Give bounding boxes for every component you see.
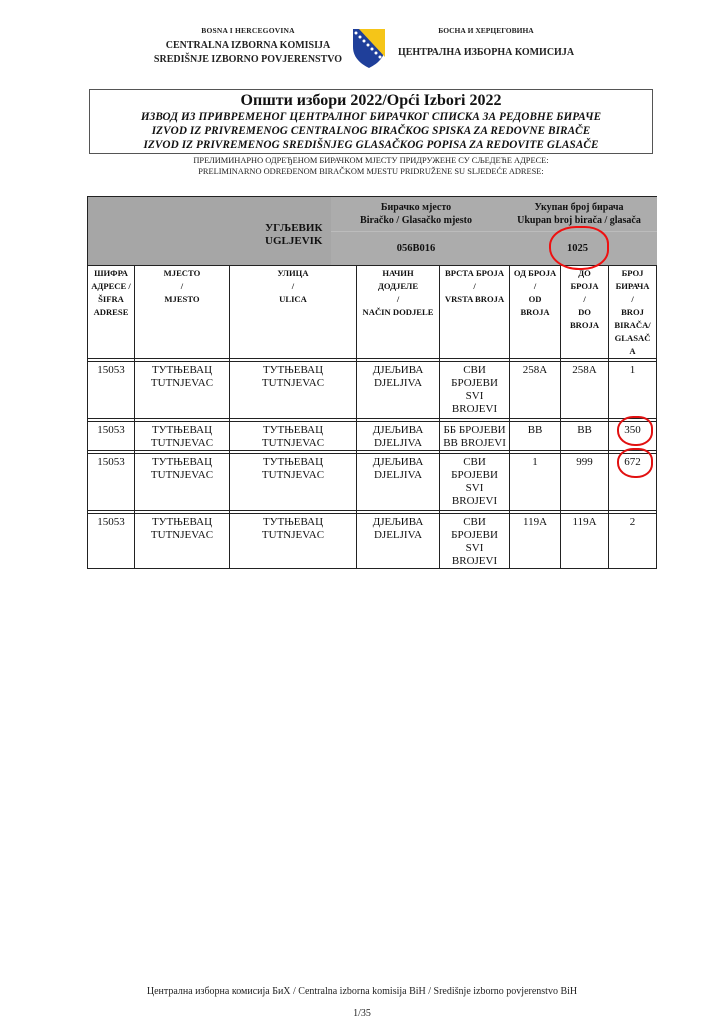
cell-address-code-text: 15053 bbox=[88, 364, 134, 377]
cell-assignment-mode-text: DJELJIVA bbox=[357, 437, 439, 450]
address-rows: 15053ТУТЊЕВАЦTUTNJEVACТУТЊЕВАЦTUTNJEVACД… bbox=[88, 359, 657, 569]
cell-voter-count-text: 2 bbox=[609, 516, 656, 529]
column-header-row: ШИФРААДРЕСЕ /ŠIFRAADRESE МЈЕСТО/MJESTO У… bbox=[88, 266, 657, 359]
cell-assignment-mode-text: ДЈЕЉИВА bbox=[357, 456, 439, 469]
footer-text: Централна изборна комисија БиХ / Central… bbox=[0, 986, 724, 997]
cell-number-type: СВИБРОЈЕВИSVIBROJEVI bbox=[440, 514, 510, 569]
cell-street-text: ТУТЊЕВАЦ bbox=[230, 516, 356, 529]
cell-address-code-text: 15053 bbox=[88, 456, 134, 469]
cell-place: ТУТЊЕВАЦTUTNJEVAC bbox=[135, 362, 230, 419]
cell-number-type: ББ БРОЈЕВИBB BROJEVI bbox=[440, 422, 510, 451]
cell-from-number: BB bbox=[510, 422, 561, 451]
polling-station-block: Бирачко мјесто Biračko / Glasačko mjesto… bbox=[331, 197, 501, 265]
document-title: Општи избори 2022/Opći Izbori 2022 bbox=[90, 91, 652, 110]
header-latin: BOSNA I HERCEGOVINA CENTRALNA IZBORNA KO… bbox=[150, 26, 346, 67]
cell-street-text: ТУТЊЕВАЦ bbox=[230, 364, 356, 377]
cell-street: ТУТЊЕВАЦTUTNJEVAC bbox=[230, 454, 357, 511]
header-cyrillic: БОСНА И ХЕРЦЕГОВИНА ЦЕНТРАЛНА ИЗБОРНА КО… bbox=[386, 26, 586, 58]
subtitle-croatian: IZVOD IZ PRIVREMENOG SREDIŠNJEG GLASAČKO… bbox=[90, 138, 652, 152]
cell-from-number-text: 119A bbox=[510, 516, 560, 529]
cell-number-type-text: BROJEVI bbox=[440, 495, 509, 508]
preliminary-note-latin: PRELIMINARNO ODREĐENOM BIRAČKOM MJESTU P… bbox=[89, 166, 653, 177]
municipality-cell: УГЉЕВИК UGLJEVIK Бирачко мјесто Biračko … bbox=[88, 197, 440, 266]
cell-place-text: TUTNJEVAC bbox=[135, 529, 229, 542]
commission-name-croatian: SREDIŠNJE IZBORNO POVJERENSTVO bbox=[150, 53, 346, 67]
polling-station-code: 056B016 bbox=[331, 231, 501, 266]
cell-street-text: TUTNJEVAC bbox=[230, 529, 356, 542]
cell-street-text: TUTNJEVAC bbox=[230, 377, 356, 390]
cell-to-number: 258A bbox=[561, 362, 609, 419]
cell-number-type-text: СВИ bbox=[440, 516, 509, 529]
subtitle-bosnian: IZVOD IZ PRIVREMENOG CENTRALNOG BIRAČKOG… bbox=[90, 124, 652, 138]
document-header: BOSNA I HERCEGOVINA CENTRALNA IZBORNA KO… bbox=[0, 0, 724, 80]
cell-place-text: ТУТЊЕВАЦ bbox=[135, 516, 229, 529]
cell-to-number-text: BB bbox=[561, 424, 608, 437]
total-voters-label-cyrillic: Укупан број бирача bbox=[501, 201, 657, 214]
cell-from-number-text: 1 bbox=[510, 456, 560, 469]
cell-from-number: 1 bbox=[510, 454, 561, 511]
table-row: 15053ТУТЊЕВАЦTUTNJEVACТУТЊЕВАЦTUTNJEVACД… bbox=[88, 514, 657, 569]
cell-voter-count: 2 bbox=[609, 514, 657, 569]
cell-place-text: ТУТЊЕВАЦ bbox=[135, 364, 229, 377]
cell-assignment-mode-text: DJELJIVA bbox=[357, 469, 439, 482]
polling-station-label-cyrillic: Бирачко мјесто bbox=[331, 201, 501, 214]
col-to-number: ДОБРОЈА/DOBROJA bbox=[561, 266, 609, 359]
cell-place-text: TUTNJEVAC bbox=[135, 469, 229, 482]
cell-to-number: BB bbox=[561, 422, 609, 451]
cell-assignment-mode: ДЈЕЉИВАDJELJIVA bbox=[357, 454, 440, 511]
preliminary-note-cyrillic: ПРЕЛИМИНАРНО ОДРЕЂЕНОМ БИРАЧКОМ МЈЕСТУ П… bbox=[89, 155, 653, 166]
table-row: 15053ТУТЊЕВАЦTUTNJEVACТУТЊЕВАЦTUTNJEVACД… bbox=[88, 454, 657, 511]
cell-voter-count-text: 1 bbox=[609, 364, 656, 377]
cell-voter-count: 672 bbox=[609, 454, 657, 511]
polling-station-label-latin: Biračko / Glasačko mjesto bbox=[331, 214, 501, 227]
total-voters-value: 1025 bbox=[567, 242, 588, 255]
cell-assignment-mode-text: ДЈЕЉИВА bbox=[357, 424, 439, 437]
cell-address-code: 15053 bbox=[88, 454, 135, 511]
cell-from-number: 258A bbox=[510, 362, 561, 419]
cell-to-number: 999 bbox=[561, 454, 609, 511]
cell-address-code: 15053 bbox=[88, 362, 135, 419]
cell-to-number: 119A bbox=[561, 514, 609, 569]
cell-number-type-text: БРОЈЕВИ bbox=[440, 529, 509, 542]
cell-place-text: TUTNJEVAC bbox=[135, 377, 229, 390]
page-number: 1/35 bbox=[0, 1008, 724, 1019]
col-number-type: ВРСТА БРОЈА/VRSTA BROJA bbox=[440, 266, 510, 359]
col-address-code: ШИФРААДРЕСЕ /ŠIFRAADRESE bbox=[88, 266, 135, 359]
cell-from-number-text: 258A bbox=[510, 364, 560, 377]
cell-to-number-text: 999 bbox=[561, 456, 608, 469]
cell-street: ТУТЊЕВАЦTUTNJEVAC bbox=[230, 362, 357, 419]
cell-voter-count: 350 bbox=[609, 422, 657, 451]
cell-address-code-text: 15053 bbox=[88, 424, 134, 437]
cell-number-type-text: СВИ bbox=[440, 364, 509, 377]
cell-number-type: СВИБРОЈЕВИSVIBROJEVI bbox=[440, 362, 510, 419]
cell-place-text: TUTNJEVAC bbox=[135, 437, 229, 450]
col-voter-count: БРОЈБИРАЧА/BROJBIRAČA/GLASAČA bbox=[609, 266, 657, 359]
cell-number-type-text: BROJEVI bbox=[440, 403, 509, 416]
cell-number-type-text: BROJEVI bbox=[440, 555, 509, 568]
address-table: УГЉЕВИК UGLJEVIK Бирачко мјесто Biračko … bbox=[87, 196, 657, 569]
title-box: Општи избори 2022/Opći Izbori 2022 ИЗВОД… bbox=[89, 89, 653, 154]
country-name-latin: BOSNA I HERCEGOVINA bbox=[150, 26, 346, 35]
cell-number-type-text: SVI bbox=[440, 542, 509, 555]
cell-number-type-text: SVI bbox=[440, 482, 509, 495]
col-from-number: ОД БРОЈА/ODBROJA bbox=[510, 266, 561, 359]
cell-assignment-mode: ДЈЕЉИВАDJELJIVA bbox=[357, 362, 440, 419]
cell-place: ТУТЊЕВАЦTUTNJEVAC bbox=[135, 514, 230, 569]
cell-to-number-text: 119A bbox=[561, 516, 608, 529]
cell-place: ТУТЊЕВАЦTUTNJEVAC bbox=[135, 454, 230, 511]
total-voters-label-latin: Ukupan broj birača / glasača bbox=[501, 214, 657, 227]
cell-assignment-mode: ДЈЕЉИВАDJELJIVA bbox=[357, 422, 440, 451]
cell-assignment-mode-text: ДЈЕЉИВА bbox=[357, 516, 439, 529]
cell-assignment-mode-text: ДЈЕЉИВА bbox=[357, 364, 439, 377]
col-place: МЈЕСТО/MJESTO bbox=[135, 266, 230, 359]
total-voters-label: Укупан број бирача Ukupan broj birača / … bbox=[501, 197, 657, 227]
table-row: 15053ТУТЊЕВАЦTUTNJEVACТУТЊЕВАЦTUTNJEVACД… bbox=[88, 362, 657, 419]
cell-voter-count-text: 672 bbox=[609, 456, 656, 469]
commission-name-latin: CENTRALNA IZBORNA KOMISIJA bbox=[150, 39, 346, 53]
country-name-cyrillic: БОСНА И ХЕРЦЕГОВИНА bbox=[386, 26, 586, 35]
cell-street-text: ТУТЊЕВАЦ bbox=[230, 456, 356, 469]
cell-number-type: СВИБРОЈЕВИSVIBROJEVI bbox=[440, 454, 510, 511]
col-assignment-mode: НАЧИНДОДЈЕЛЕ/NAČIN DODJELE bbox=[357, 266, 440, 359]
cell-street: ТУТЊЕВАЦTUTNJEVAC bbox=[230, 514, 357, 569]
cell-assignment-mode-text: DJELJIVA bbox=[357, 377, 439, 390]
table-row: 15053ТУТЊЕВАЦTUTNJEVACТУТЊЕВАЦTUTNJEVACД… bbox=[88, 422, 657, 451]
cell-assignment-mode: ДЈЕЉИВАDJELJIVA bbox=[357, 514, 440, 569]
cell-place-text: ТУТЊЕВАЦ bbox=[135, 424, 229, 437]
cell-street-text: TUTNJEVAC bbox=[230, 437, 356, 450]
col-street: УЛИЦА/ULICA bbox=[230, 266, 357, 359]
cell-from-number-text: BB bbox=[510, 424, 560, 437]
cell-assignment-mode-text: DJELJIVA bbox=[357, 529, 439, 542]
cell-from-number: 119A bbox=[510, 514, 561, 569]
cell-number-type-text: BB BROJEVI bbox=[440, 437, 509, 450]
polling-station-label: Бирачко мјесто Biračko / Glasačko mjesto bbox=[331, 197, 501, 227]
cell-voter-count: 1 bbox=[609, 362, 657, 419]
cell-to-number-text: 258A bbox=[561, 364, 608, 377]
cell-place-text: ТУТЊЕВАЦ bbox=[135, 456, 229, 469]
cell-place: ТУТЊЕВАЦTUTNJEVAC bbox=[135, 422, 230, 451]
cell-number-type-text: СВИ bbox=[440, 456, 509, 469]
cell-number-type-text: ББ БРОЈЕВИ bbox=[440, 424, 509, 437]
coat-of-arms-icon bbox=[351, 27, 387, 69]
cell-address-code: 15053 bbox=[88, 422, 135, 451]
cell-number-type-text: БРОЈЕВИ bbox=[440, 469, 509, 482]
cell-number-type-text: БРОЈЕВИ bbox=[440, 377, 509, 390]
commission-name-cyrillic: ЦЕНТРАЛНА ИЗБОРНА КОМИСИЈА bbox=[386, 47, 586, 58]
cell-voter-count-text: 350 bbox=[609, 424, 656, 437]
total-voters-cell: 1025 bbox=[501, 231, 657, 266]
preliminary-note: ПРЕЛИМИНАРНО ОДРЕЂЕНОМ БИРАЧКОМ МЈЕСТУ П… bbox=[89, 155, 653, 177]
subtitle-serbian: ИЗВОД ИЗ ПРИВРЕМЕНОГ ЦЕНТРАЛНОГ БИРАЧКОГ… bbox=[90, 110, 652, 124]
total-voters-block: Укупан број бирача Ukupan broj birača / … bbox=[501, 197, 657, 265]
cell-number-type-text: SVI bbox=[440, 390, 509, 403]
cell-address-code-text: 15053 bbox=[88, 516, 134, 529]
cell-address-code: 15053 bbox=[88, 514, 135, 569]
cell-street-text: ТУТЊЕВАЦ bbox=[230, 424, 356, 437]
cell-street: ТУТЊЕВАЦTUTNJEVAC bbox=[230, 422, 357, 451]
cell-street-text: TUTNJEVAC bbox=[230, 469, 356, 482]
